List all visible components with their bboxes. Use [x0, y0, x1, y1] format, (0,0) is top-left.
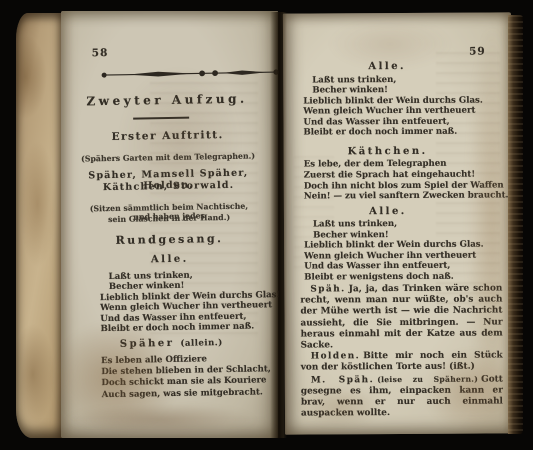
setting-direction: (Spähers Garten mit dem Telegraphen.)	[79, 151, 256, 163]
verse-line: Zuerst die Sprach hat eingehaucht!	[304, 169, 484, 181]
speaker-heading: Käthchen.	[292, 146, 484, 158]
verse-line: Bleibt er doch noch immer naß.	[100, 321, 259, 334]
page-number-right: 59	[469, 46, 486, 58]
page-58: 58 Zweyter Aufzug. Erster Auftritt. (Spä…	[61, 11, 278, 438]
page-59-content: 59 Alle. Laßt uns trinken, Becher winken…	[291, 13, 483, 14]
speaker-name: Holden.	[311, 351, 361, 361]
verse-line: Lieblich blinkt der Wein durchs Glas.	[304, 240, 484, 252]
song-heading: Rundgesang.	[81, 231, 258, 247]
left-fore-edge-pages	[16, 13, 64, 438]
right-page-edge	[508, 15, 523, 434]
dialogue-paragraph: Holden.Bitte mir noch ein Stück von der …	[301, 351, 503, 374]
verse-line: Bleibt er doch noch immer naß.	[303, 127, 483, 138]
verse-block: Es leben alle Offiziere Die stehen blieb…	[101, 353, 261, 401]
stage-note: (leise zu Spähern.)	[377, 374, 478, 384]
act-heading: Zweyter Aufzug.	[78, 91, 255, 108]
page-59: 59 Alle. Laßt uns trinken, Becher winken…	[283, 12, 513, 434]
speaker-heading: Alle.	[81, 252, 258, 266]
section-rule	[133, 117, 189, 120]
verse-line: Nein! — zu viel sanftern Zwecken braucht…	[304, 191, 484, 203]
verse-line: Auch sagen, was sie mitgebracht.	[102, 387, 261, 401]
speaker-name: Späh.	[310, 284, 345, 294]
page-58-content: 58 Zweyter Aufzug. Erster Auftritt. (Spä…	[77, 9, 254, 12]
verse-block: Laßt uns trinken, Becher winken! Lieblic…	[304, 219, 484, 284]
open-book-photo: 58 Zweyter Aufzug. Erster Auftritt. (Spä…	[0, 0, 533, 450]
verse-block: Es lebe, der dem Telegraphen Zuerst die …	[304, 159, 484, 203]
verse-line: Wenn gleich Wucher ihn vertheuert	[303, 106, 483, 117]
verse-block: Laßt uns trinken, Becher winken! Lieblic…	[100, 269, 260, 334]
speaker-note: (allein.)	[180, 338, 222, 349]
verse-line: Bleibt er wenigstens doch naß.	[304, 272, 484, 284]
speaker-name: Späher	[120, 338, 175, 350]
speaker-heading: Späher (allein.)	[83, 336, 260, 350]
page-number-left: 58	[92, 47, 109, 59]
header-rule-ornament	[100, 67, 280, 80]
dialogue-paragraph: M. Späh.(leise zu Spähern.)Gott gesegne …	[301, 373, 503, 420]
speaker-heading: Alle.	[291, 61, 483, 73]
dialogue-paragraph: Späh.Ja, ja, das Trinken wäre schon rech…	[300, 283, 502, 351]
speaker-heading: Alle.	[292, 206, 484, 218]
speaker-name: M. Späh.	[311, 375, 374, 385]
character-list-line: Käthchen, Storwald.	[80, 179, 257, 193]
dialogue-prose: Späh.Ja, ja, das Trinken wäre schon rech…	[300, 283, 503, 419]
book-gutter	[270, 12, 287, 438]
scene-heading: Erster Auftritt.	[79, 128, 256, 143]
verse-block: Laßt uns trinken, Becher winken! Lieblic…	[303, 75, 483, 138]
stage-direction-line: sein Gläschen in der Hand.)	[81, 212, 258, 224]
